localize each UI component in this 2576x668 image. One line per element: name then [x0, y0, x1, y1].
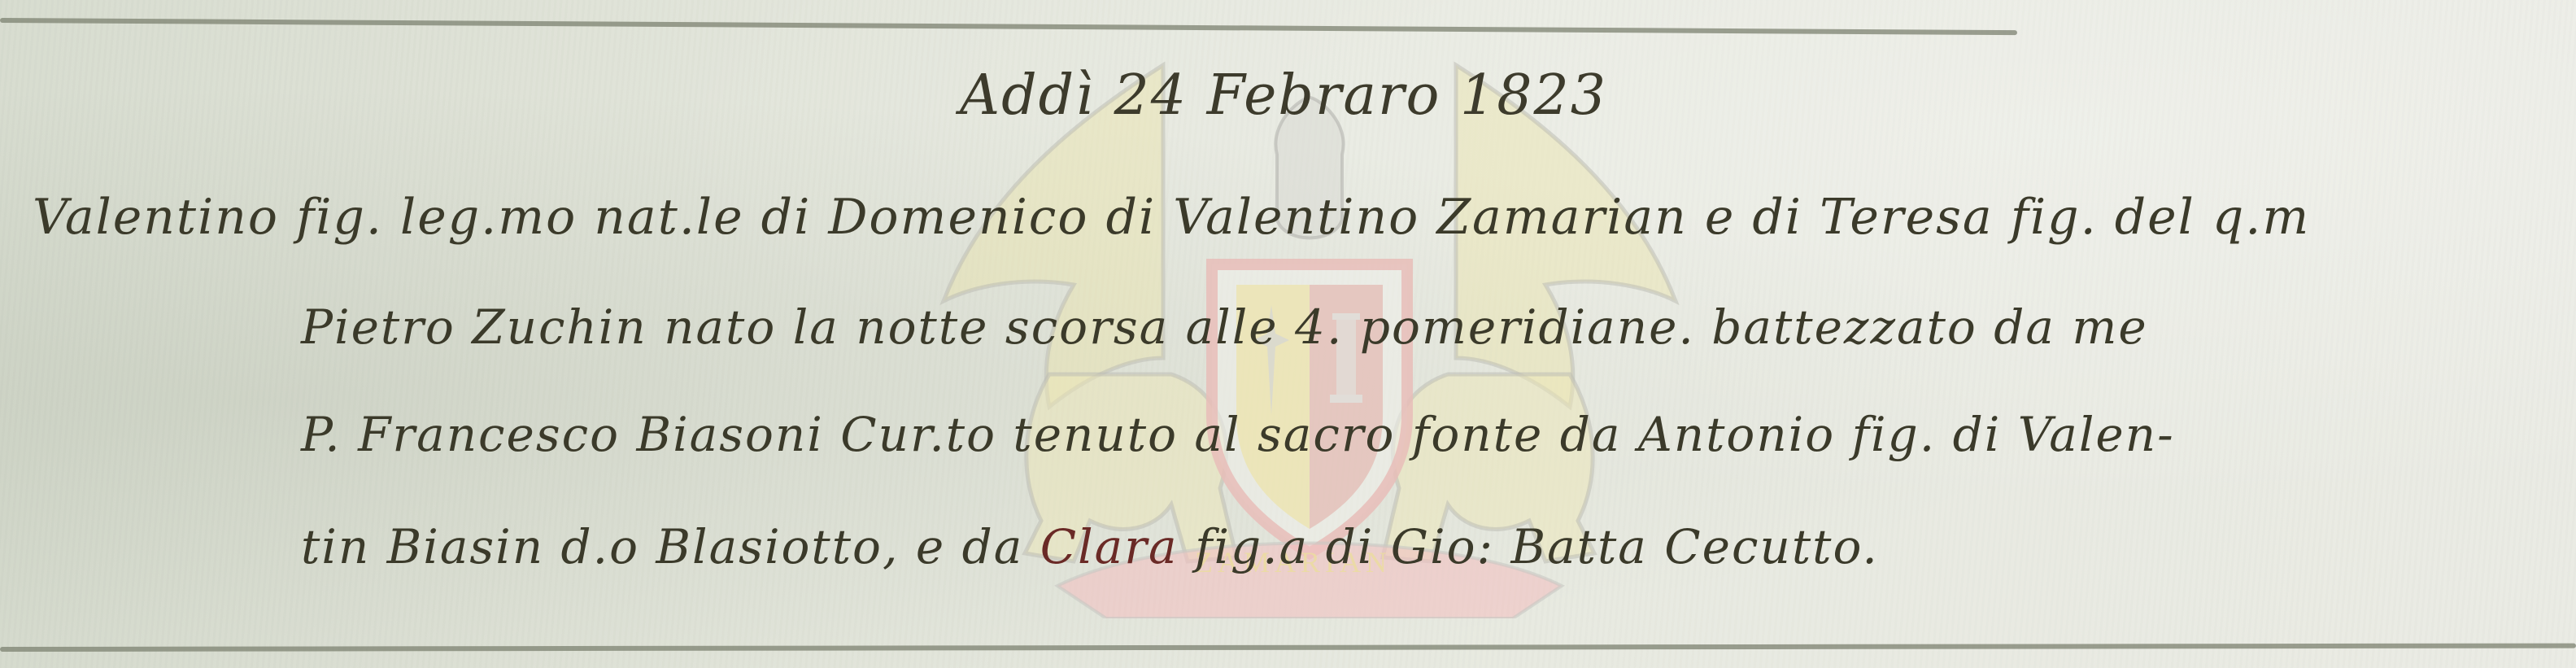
bottom-ruled-line [0, 644, 2576, 652]
top-ruled-line [0, 18, 2017, 35]
record-line-3: P. Francesco Biasoni Cur.to tenuto al sa… [301, 407, 2175, 462]
record-line-2: Pietro Zuchin nato la notte scorsa alle … [301, 299, 2148, 355]
line4-end: fig.a di Gio: Batta Cecutto. [1179, 519, 1879, 574]
record-line-4: tin Biasin d.o Blasiotto, e da Clara fig… [301, 519, 1879, 574]
record-line-1: Valentino fig. leg.mo nat.le di Domenico… [33, 189, 2310, 246]
entry-date-header: Addì 24 Febraro 1823 [960, 63, 1607, 128]
line4-start: tin Biasin d.o Blasiotto, e da [301, 519, 1040, 574]
godmother-name: Clara [1040, 519, 1179, 574]
